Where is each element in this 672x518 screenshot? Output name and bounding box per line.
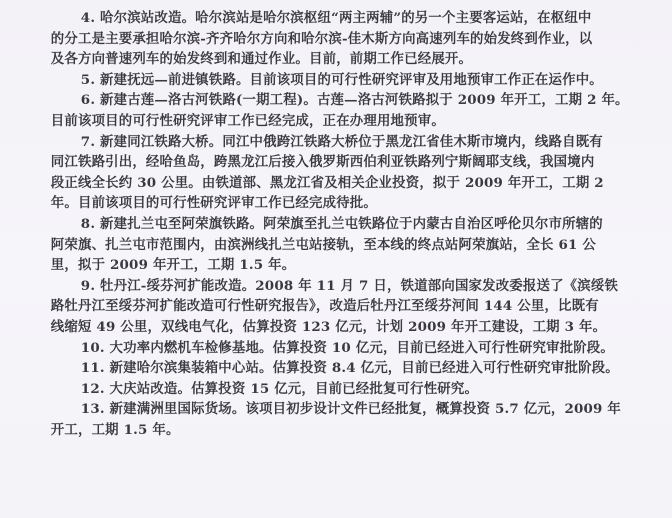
text-line: 4. 哈尔滨站改造。哈尔滨站是哈尔滨枢纽“两主两辅”的另一个主要客运站，在枢纽中 (24, 8, 654, 29)
paragraph-6-gulian-railway: 6. 新建古莲—洛古河铁路(一期工程)。古莲—洛古河铁路拟于 2009 年开工，… (24, 90, 654, 131)
text-line: 及各方向普速列车的始发终到和通过作业。目前，前期工作已经展开。 (24, 49, 654, 70)
paragraph-13-manzhouli-freight-yard: 13. 新建满洲里国际货场。该项目初步设计文件已经批复，概算投资 5.7 亿元，… (24, 399, 654, 440)
paragraph-8-zhalantun-railway: 8. 新建扎兰屯至阿荣旗铁路。阿荣旗至扎兰屯铁路位于内蒙古自治区呼伦贝尔市所辖的… (24, 214, 654, 276)
text-line: 线缩短 49 公里，双线电气化，估算投资 123 亿元，计划 2009 年开工建… (24, 317, 654, 338)
text-line: 12. 大庆站改造。估算投资 15 亿元，目前已经批复可行性研究。 (24, 379, 654, 400)
text-line: 5. 新建抚远—前进镇铁路。目前该项目的可行性研究评审及用地预审工作正在运作中。 (24, 70, 654, 91)
text-line: 的分工是主要承担哈尔滨-齐齐哈尔方向和哈尔滨-佳木斯方向高速列车的始发终到作业，… (24, 29, 654, 50)
text-line: 6. 新建古莲—洛古河铁路(一期工程)。古莲—洛古河铁路拟于 2009 年开工，… (24, 90, 654, 111)
paragraph-7-tongjiang-bridge: 7. 新建同江铁路大桥。同江中俄跨江铁路大桥位于黑龙江省佳木斯市境内，线路自既有… (24, 132, 654, 214)
text-line: 11. 新建哈尔滨集装箱中心站。估算投资 8.4 亿元，目前已经进入可行性研究审… (24, 358, 654, 379)
text-line: 路牡丹江至绥芬河扩能改造可行性研究报告》，改造后牡丹江至绥芬河间 144 公里，… (24, 296, 654, 317)
text-line: 同江铁路引出，经哈鱼岛，跨黑龙江后接入俄罗斯西伯利亚铁路列宁斯阔耶支线，我国境内 (24, 152, 654, 173)
text-line: 段正线全长约 30 公里。由铁道部、黑龙江省及相关企业投资，拟于 2009 年开… (24, 173, 654, 194)
paragraph-11-container-station: 11. 新建哈尔滨集装箱中心站。估算投资 8.4 亿元，目前已经进入可行性研究审… (24, 358, 654, 379)
text-line: 目前该项目的可行性研究评审工作已经完成，正在办理用地预审。 (24, 111, 654, 132)
paragraph-12-daqing-station: 12. 大庆站改造。估算投资 15 亿元，目前已经批复可行性研究。 (24, 379, 654, 400)
text-line: 9. 牡丹江-绥芬河扩能改造。2008 年 11 月 7 日，铁道部向国家发改委… (24, 276, 654, 297)
text-line: 年。目前该项目的可行性研究评审工作已经完成待批。 (24, 193, 654, 214)
text-line: 开工，工期 1.5 年。 (24, 420, 654, 441)
document-body: 4. 哈尔滨站改造。哈尔滨站是哈尔滨枢纽“两主两辅”的另一个主要客运站，在枢纽中… (24, 8, 654, 440)
text-line: 里，拟于 2009 年开工，工期 1.5 年。 (24, 255, 654, 276)
paragraph-10-locomotive-base: 10. 大功率内燃机车检修基地。估算投资 10 亿元，目前已经进入可行性研究审批… (24, 338, 654, 359)
text-line: 7. 新建同江铁路大桥。同江中俄跨江铁路大桥位于黑龙江省佳木斯市境内，线路自既有 (24, 132, 654, 153)
paragraph-5-fuyuan-railway: 5. 新建抚远—前进镇铁路。目前该项目的可行性研究评审及用地预审工作正在运作中。 (24, 70, 654, 91)
paragraph-4-harbin-station: 4. 哈尔滨站改造。哈尔滨站是哈尔滨枢纽“两主两辅”的另一个主要客运站，在枢纽中… (24, 8, 654, 70)
text-line: 10. 大功率内燃机车检修基地。估算投资 10 亿元，目前已经进入可行性研究审批… (24, 338, 654, 359)
document-page: 4. 哈尔滨站改造。哈尔滨站是哈尔滨枢纽“两主两辅”的另一个主要客运站，在枢纽中… (0, 0, 672, 518)
text-line: 8. 新建扎兰屯至阿荣旗铁路。阿荣旗至扎兰屯铁路位于内蒙古自治区呼伦贝尔市所辖的 (24, 214, 654, 235)
paragraph-9-mudanjiang-upgrade: 9. 牡丹江-绥芬河扩能改造。2008 年 11 月 7 日，铁道部向国家发改委… (24, 276, 654, 338)
text-line: 13. 新建满洲里国际货场。该项目初步设计文件已经批复，概算投资 5.7 亿元，… (24, 399, 654, 420)
text-line: 阿荣旗、扎兰屯市范围内，由滨洲线扎兰屯站接轨，至本线的终点站阿荣旗站，全长 61… (24, 235, 654, 256)
